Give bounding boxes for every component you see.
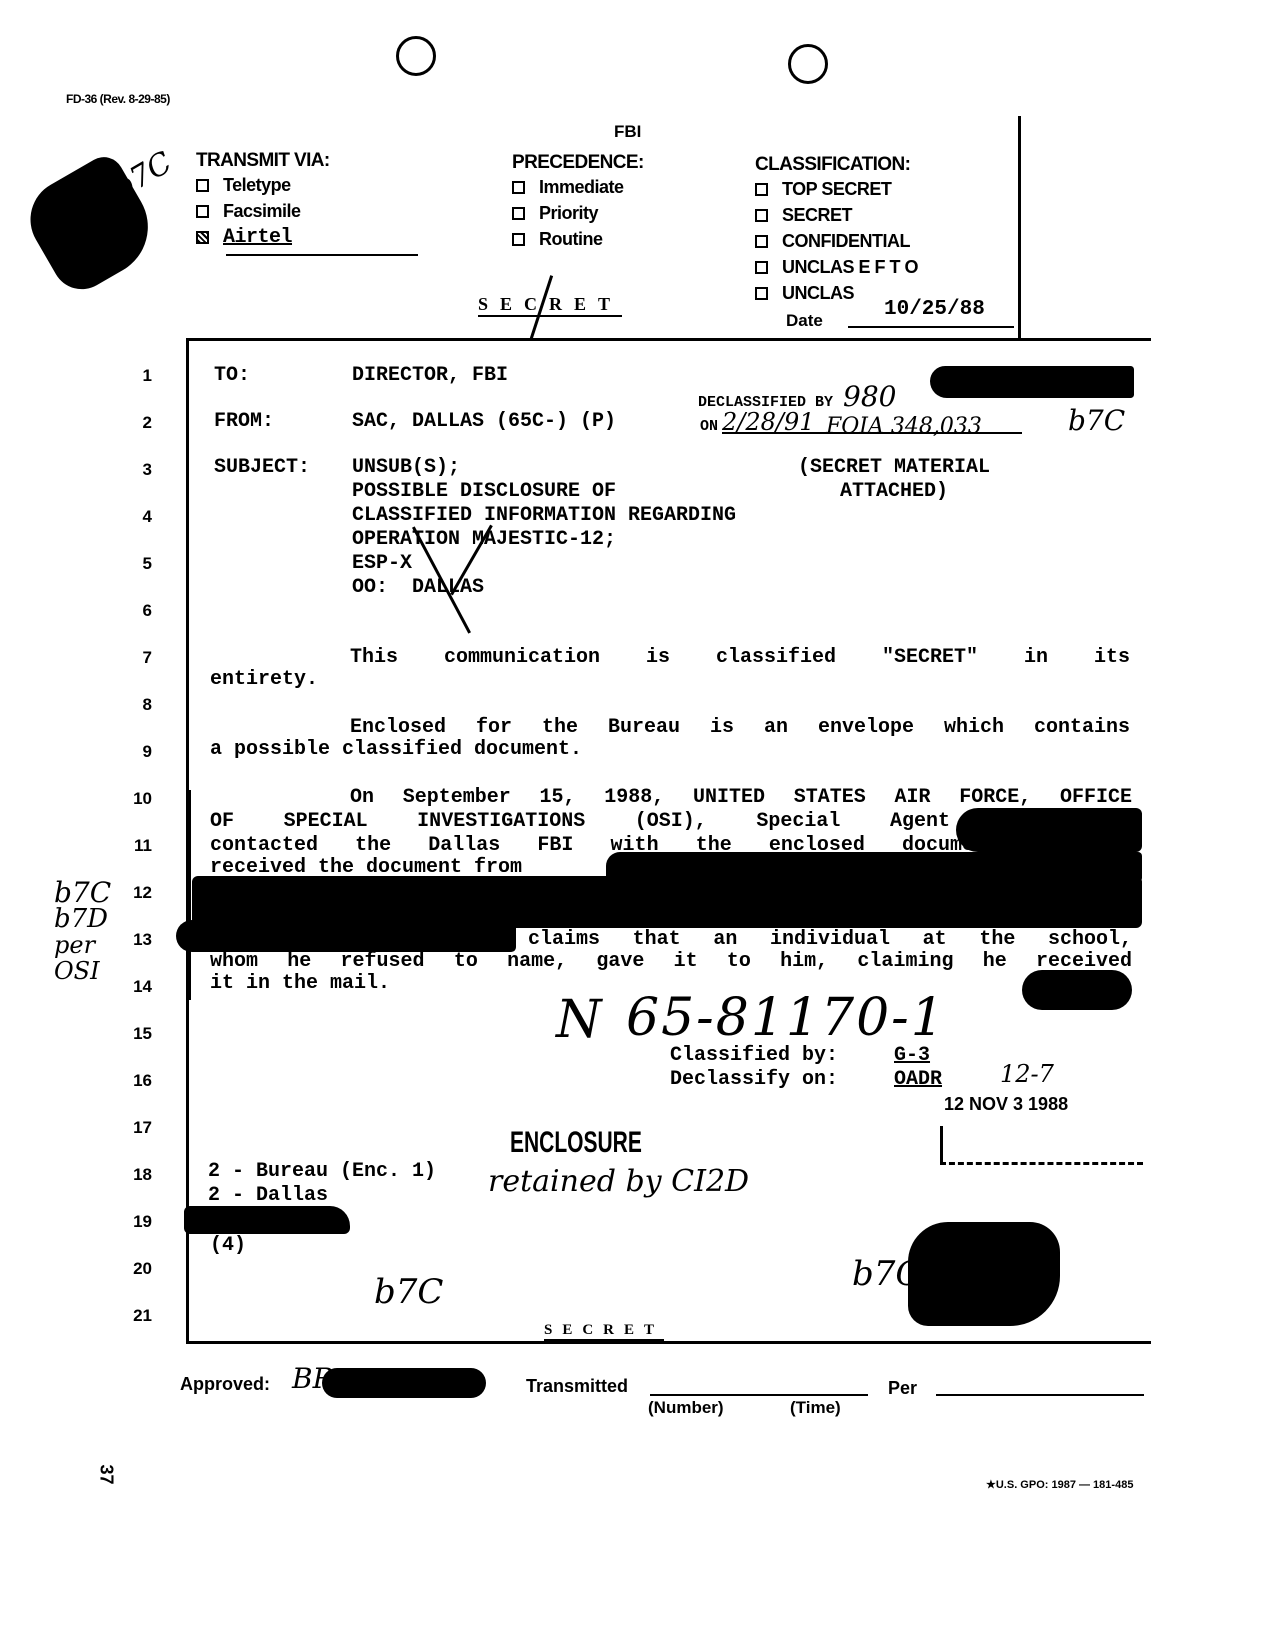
- transmitted-label: Transmitted: [526, 1376, 628, 1397]
- option-confidential[interactable]: CONFIDENTIAL: [755, 228, 918, 254]
- line-number: 1: [112, 366, 152, 386]
- line-number: 19: [112, 1212, 152, 1232]
- distribution-list: 2 - Bureau (Enc. 1) 2 - Dallas: [208, 1160, 436, 1208]
- line-number: 17: [112, 1118, 152, 1138]
- line-number: 6: [112, 601, 152, 621]
- line-number: 7: [112, 648, 152, 668]
- date-underline: [848, 326, 1014, 328]
- margin-bracket: [188, 790, 191, 1000]
- option-teletype[interactable]: Teletype: [196, 172, 330, 198]
- paragraph-3-line-6: whom he refused to name, gave it to him,…: [210, 950, 1132, 974]
- option-unclas-efto[interactable]: UNCLAS E F T O: [755, 254, 918, 280]
- classification-section: CLASSIFICATION: TOP SECRET SECRET CONFID…: [755, 154, 918, 306]
- redaction-block: [908, 1222, 1060, 1326]
- checkbox-icon[interactable]: [755, 287, 768, 300]
- stamp-box: [940, 1126, 1143, 1165]
- option-facsimile[interactable]: Facsimile: [196, 198, 330, 224]
- checkbox-icon[interactable]: [196, 179, 209, 192]
- secret-material-note: (SECRET MATERIAL ATTACHED): [798, 456, 990, 504]
- option-secret[interactable]: SECRET: [755, 202, 918, 228]
- line-number: 5: [112, 554, 152, 574]
- option-routine[interactable]: Routine: [512, 226, 644, 252]
- paragraph-1-line-2: entirety.: [210, 668, 318, 692]
- classified-by-value: G-3: [894, 1044, 930, 1068]
- redaction-block: [176, 920, 516, 952]
- line-number: 14: [112, 977, 152, 997]
- secret-marking-bottom: SECRET: [544, 1322, 664, 1341]
- line-number: 12: [112, 883, 152, 903]
- transmit-via-section: TRANSMIT VIA: Teletype Facsimile Airtel: [196, 150, 330, 250]
- classification-label: CLASSIFICATION:: [755, 154, 918, 176]
- to-label: TO:: [214, 364, 250, 388]
- header-right-rule: [1018, 116, 1021, 338]
- paragraph-1-line-1: This communication is classified "SECRET…: [350, 646, 1130, 670]
- precedence-label: PRECEDENCE:: [512, 152, 644, 174]
- line-number: 3: [112, 460, 152, 480]
- checkbox-icon[interactable]: [755, 261, 768, 274]
- classified-by-label: Classified by:: [670, 1044, 838, 1068]
- file-number-prefix: N: [556, 990, 602, 1050]
- gpo-imprint: ★U.S. GPO: 1987 — 181-485: [986, 1478, 1133, 1491]
- line-number: 8: [112, 695, 152, 715]
- checkbox-icon[interactable]: [512, 233, 525, 246]
- enclosure-note: retained by CI2D: [488, 1164, 749, 1199]
- subject-label: SUBJECT:: [214, 456, 310, 480]
- redaction-block: [184, 1206, 350, 1234]
- checkbox-icon[interactable]: [755, 235, 768, 248]
- side-number: 37: [96, 1464, 117, 1484]
- redaction-block: [956, 808, 1142, 852]
- line-number: 21: [112, 1306, 152, 1326]
- paragraph-3-line-1: On September 15, 1988, UNITED STATES AIR…: [350, 786, 1132, 810]
- number-field[interactable]: [650, 1394, 868, 1396]
- option-top-secret[interactable]: TOP SECRET: [755, 176, 918, 202]
- line-number: 16: [112, 1071, 152, 1091]
- per-label: Per: [888, 1378, 917, 1399]
- checkbox-icon[interactable]: [755, 209, 768, 222]
- declassified-on: ON 2/28/91: [700, 408, 815, 436]
- paragraph-3-line-2: OF SPECIAL INVESTIGATIONS (OSI), Special…: [210, 810, 950, 834]
- line-number: 15: [112, 1024, 152, 1044]
- exemption-b7c-bottom-left: b7C: [374, 1272, 443, 1312]
- paragraph-3-line-5: claims that an individual at the school,: [528, 928, 1132, 952]
- declassify-on-label: Declassify on:: [670, 1068, 838, 1092]
- agency-label: FBI: [614, 122, 641, 142]
- option-priority[interactable]: Priority: [512, 200, 644, 226]
- approved-label: Approved:: [180, 1374, 270, 1395]
- per-field[interactable]: [936, 1394, 1144, 1396]
- stamp-handwritten: 12-7: [1000, 1060, 1054, 1088]
- option-immediate[interactable]: Immediate: [512, 174, 644, 200]
- date-label: Date: [786, 311, 823, 331]
- punch-hole-right: [788, 44, 828, 84]
- stamp-date: 12 NOV 3 1988: [944, 1094, 1068, 1115]
- line-number: 18: [112, 1165, 152, 1185]
- paragraph-3-line-7: it in the mail.: [210, 972, 390, 996]
- paragraph-2-line-1: Enclosed for the Bureau is an envelope w…: [350, 716, 1130, 740]
- line-number: 20: [112, 1259, 152, 1279]
- number-label: (Number): [648, 1398, 724, 1418]
- redaction-block: [322, 1368, 486, 1398]
- file-number: 65-81170-1: [626, 988, 946, 1048]
- punch-hole-left: [396, 36, 436, 76]
- line-number: 4: [112, 507, 152, 527]
- line-number: 10: [112, 789, 152, 809]
- line-number: 11: [112, 836, 152, 856]
- enclosure-stamp: ENCLOSURE: [510, 1126, 642, 1160]
- time-label: (Time): [790, 1398, 841, 1418]
- foia-number: FOIA 348,033: [826, 414, 982, 439]
- line-number: 13: [112, 930, 152, 950]
- airtel-underline: [226, 254, 418, 256]
- checked-checkbox-icon[interactable]: [196, 231, 209, 244]
- date-value: 10/25/88: [884, 298, 985, 321]
- redaction-block: [930, 366, 1134, 398]
- from-label: FROM:: [214, 410, 274, 434]
- checkbox-icon[interactable]: [512, 207, 525, 220]
- form-number: FD-36 (Rev. 8-29-85): [66, 92, 170, 106]
- option-airtel[interactable]: Airtel: [196, 224, 330, 250]
- declassify-on-value: OADR: [894, 1068, 942, 1092]
- checkbox-icon[interactable]: [512, 181, 525, 194]
- exemption-b7c: b7C: [1068, 404, 1125, 437]
- precedence-section: PRECEDENCE: Immediate Priority Routine: [512, 152, 644, 252]
- checkbox-icon[interactable]: [196, 205, 209, 218]
- line-number: 2: [112, 413, 152, 433]
- secret-marking-top: SECRET: [478, 294, 622, 317]
- margin-note: b7C b7D per OSI: [54, 880, 111, 984]
- transmit-via-label: TRANSMIT VIA:: [196, 150, 330, 172]
- paragraph-2-line-2: a possible classified document.: [210, 738, 582, 762]
- copy-count: (4): [210, 1234, 246, 1258]
- checkbox-icon[interactable]: [755, 183, 768, 196]
- line-number: 9: [112, 742, 152, 762]
- from-value: SAC, DALLAS (65C-) (P): [352, 410, 616, 434]
- to-value: DIRECTOR, FBI: [352, 364, 508, 388]
- subject-lines: UNSUB(S); POSSIBLE DISCLOSURE OF CLASSIF…: [352, 456, 736, 600]
- redaction-block: [1022, 970, 1132, 1010]
